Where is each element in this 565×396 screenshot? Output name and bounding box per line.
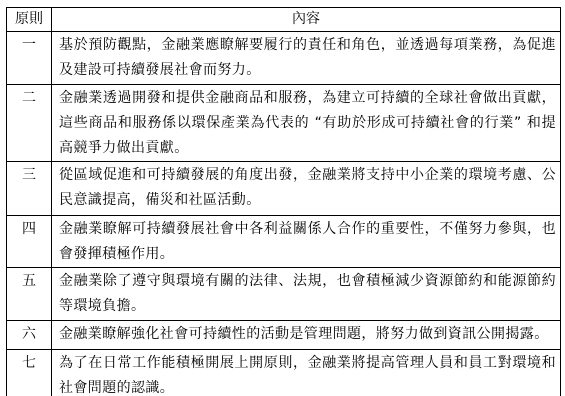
principle-content: 基於預防觀點，金融業應瞭解要履行的責任和角色，並透過每項業務，為促進及建設可持續… [52,32,561,85]
principle-number: 三 [7,162,52,216]
principle-number: 一 [7,32,52,85]
header-content: 內容 [52,8,561,32]
principle-content: 為了在日常工作能積極開展上開原則，金融業將提高管理人員和員工對環境和社會問題的認… [52,350,561,396]
principle-number: 七 [7,350,52,396]
principle-content: 金融業瞭解強化社會可持續性的活動是管理問題，將努力做到資訊公開揭露。 [52,321,561,350]
table-row: 六 金融業瞭解強化社會可持續性的活動是管理問題，將努力做到資訊公開揭露。 [7,321,561,350]
table-row: 七 為了在日常工作能積極開展上開原則，金融業將提高管理人員和員工對環境和社會問題… [7,350,561,396]
principle-content: 金融業透過開發和提供金融商品和服務，為建立可持續的全球社會做出貢獻，這些商品和服… [52,85,561,162]
principle-number: 六 [7,321,52,350]
header-principle: 原則 [7,8,52,32]
table-row: 一 基於預防觀點，金融業應瞭解要履行的責任和角色，並透過每項業務，為促進及建設可… [7,32,561,85]
table-row: 四 金融業瞭解可持續發展社會中各利益關係人合作的重要性，不僅努力參與，也會發揮積… [7,216,561,268]
table-row: 二 金融業透過開發和提供金融商品和服務，為建立可持續的全球社會做出貢獻，這些商品… [7,85,561,162]
principle-number: 四 [7,216,52,268]
principle-content: 金融業瞭解可持續發展社會中各利益關係人合作的重要性，不僅努力參與，也會發揮積極作… [52,216,561,268]
table-row: 五 金融業除了遵守與環境有關的法律、法規，也會積極減少資源節約和能源節約等環境負… [7,268,561,321]
table-row: 三 從區域促進和可持續發展的角度出發，金融業將支持中小企業的環境考慮、公民意識提… [7,162,561,216]
principle-number: 五 [7,268,52,321]
principle-number: 二 [7,85,52,162]
principle-content: 從區域促進和可持續發展的角度出發，金融業將支持中小企業的環境考慮、公民意識提高，… [52,162,561,216]
table-header-row: 原則 內容 [7,8,561,32]
principles-table: 原則 內容 一 基於預防觀點，金融業應瞭解要履行的責任和角色，並透過每項業務，為… [6,7,561,396]
principle-content: 金融業除了遵守與環境有關的法律、法規，也會積極減少資源節約和能源節約等環境負擔。 [52,268,561,321]
